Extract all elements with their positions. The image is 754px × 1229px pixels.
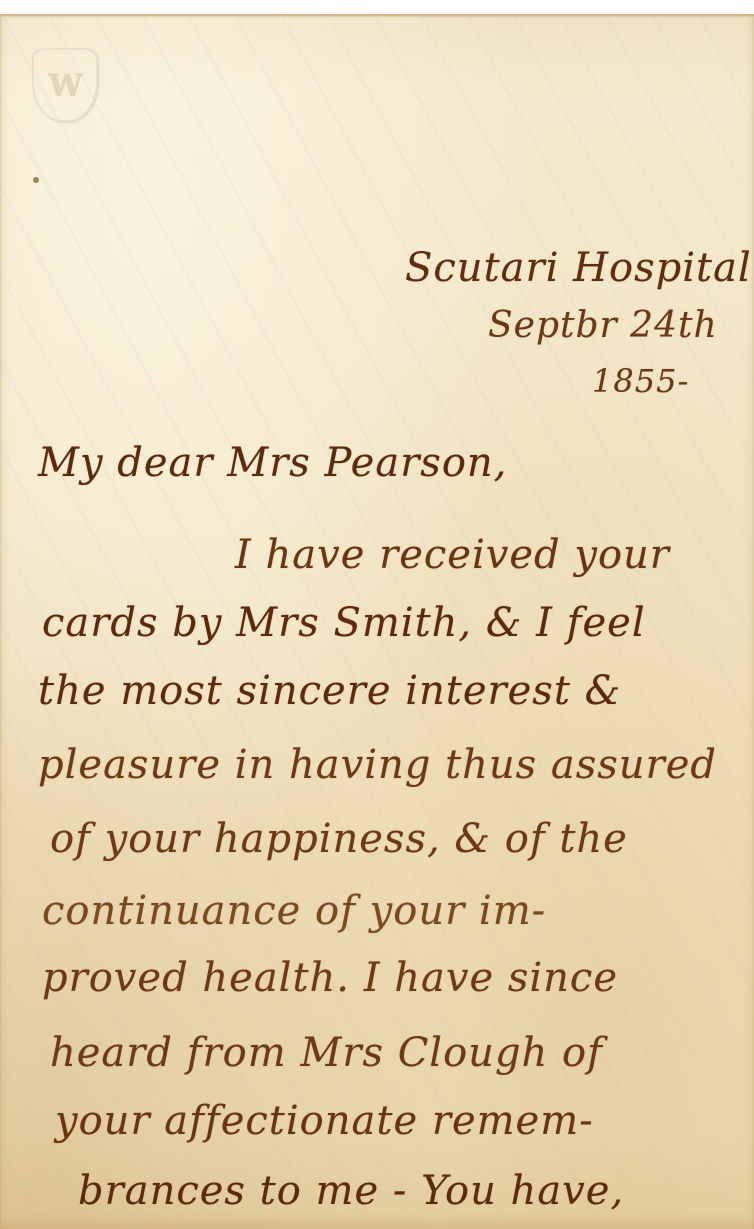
embossed-shield-icon: W xyxy=(32,48,98,122)
letter-heading-place: Scutari Hospital xyxy=(405,245,752,291)
letter-line: cards by Mrs Smith, & I feel xyxy=(42,600,646,646)
scan-margin xyxy=(0,0,754,14)
letter-line: your affectionate remem- xyxy=(55,1098,594,1144)
emboss-monogram: W xyxy=(48,68,82,103)
letter-line: I have received your xyxy=(235,532,670,578)
letter-line: proved health. I have since xyxy=(42,955,618,1001)
letter-line: of your happiness, & of the xyxy=(50,816,628,862)
letter-heading-date: Septbr 24th xyxy=(488,305,718,346)
letter-line: brances to me - You have, xyxy=(78,1168,624,1214)
ink-spot xyxy=(33,177,39,183)
letter-line: heard from Mrs Clough of xyxy=(50,1030,603,1076)
letter-salutation: My dear Mrs Pearson, xyxy=(38,440,507,486)
letter-line: pleasure in having thus assured xyxy=(38,742,717,788)
paper-top-edge xyxy=(0,14,754,17)
letter-line: continuance of your im- xyxy=(42,888,546,934)
letter-line: the most sincere interest & xyxy=(38,668,621,714)
letter-heading-year: 1855- xyxy=(592,362,689,400)
